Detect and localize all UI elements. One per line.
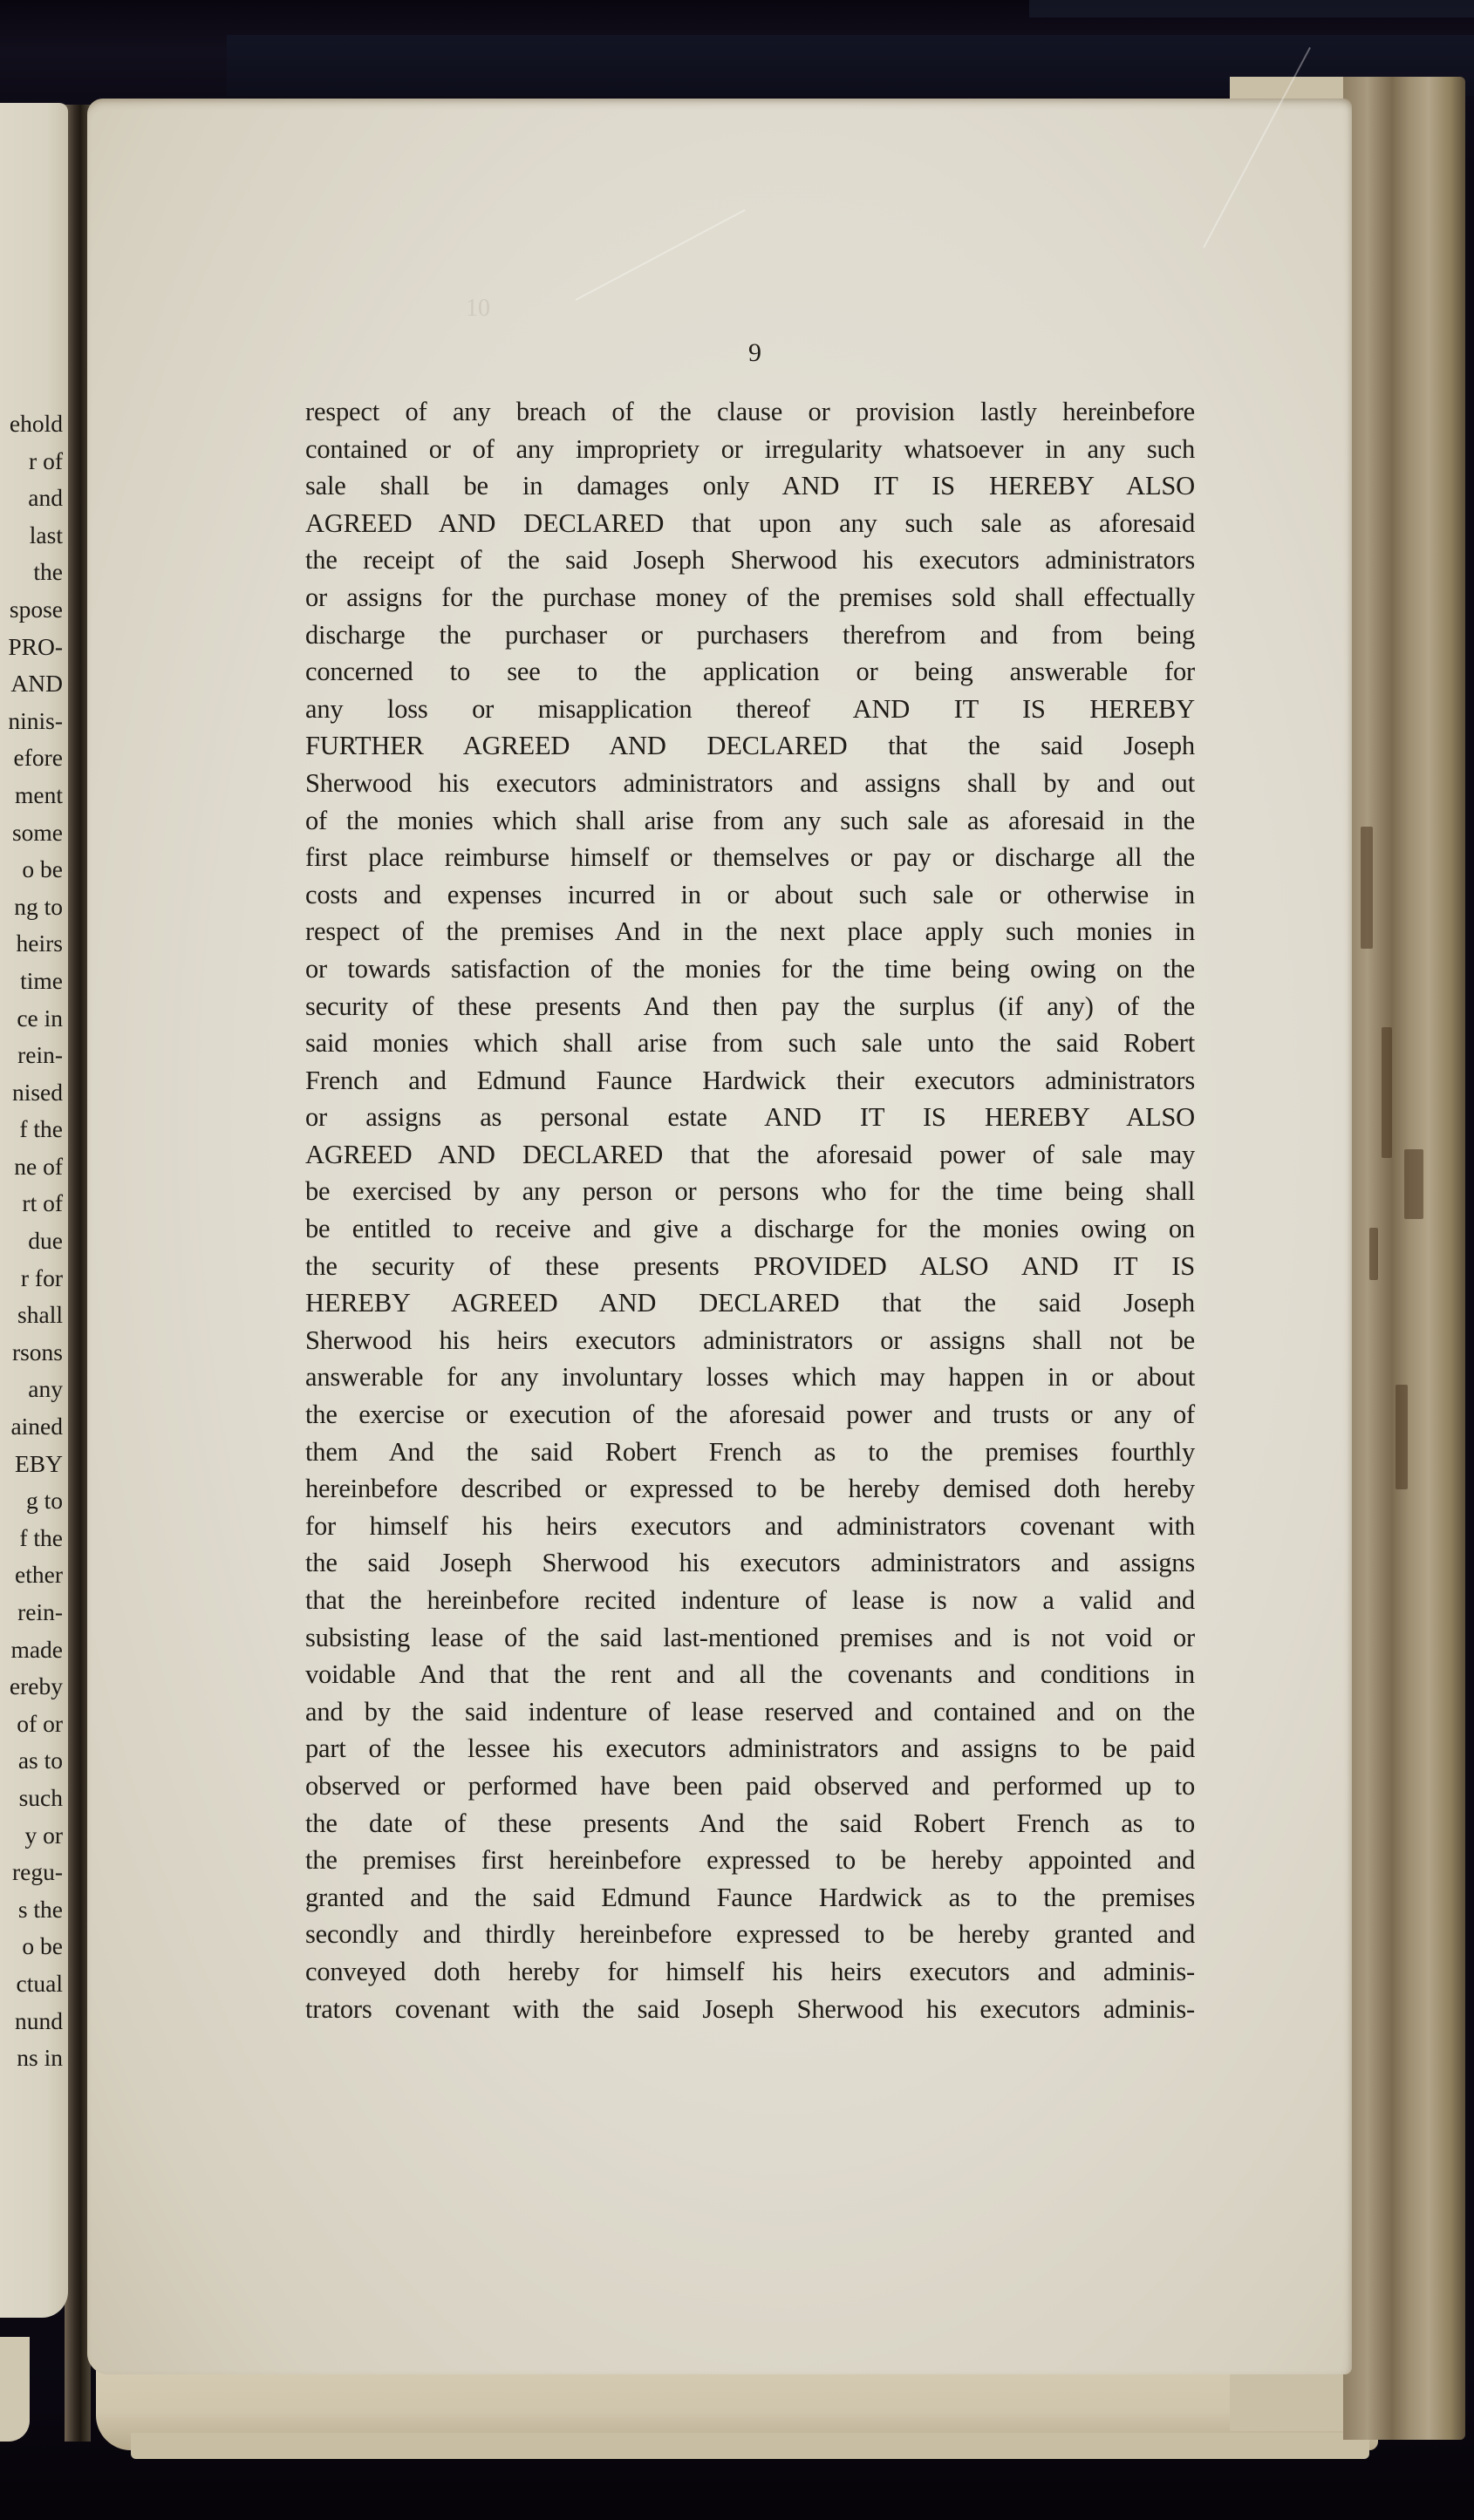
text-line: that the hereinbefore recited indenture … bbox=[305, 1582, 1195, 1619]
text-line: the said Joseph Sherwood his executors a… bbox=[305, 1544, 1195, 1582]
page-block-bottom-edge-lower bbox=[131, 2433, 1369, 2459]
left-line: r for bbox=[0, 1260, 63, 1297]
text-line: the premises first hereinbefore expresse… bbox=[305, 1842, 1195, 1879]
left-line: some bbox=[0, 814, 63, 852]
text-line: part of the lessee his executors adminis… bbox=[305, 1730, 1195, 1767]
text-line: the exercise or execution of the aforesa… bbox=[305, 1396, 1195, 1434]
left-line: EBY bbox=[0, 1446, 63, 1483]
left-line: f the bbox=[0, 1111, 63, 1148]
left-line: g to bbox=[0, 1482, 63, 1520]
left-line: time bbox=[0, 963, 63, 1000]
left-line: shall bbox=[0, 1297, 63, 1334]
left-line: ehold bbox=[0, 405, 63, 443]
left-line: s the bbox=[0, 1891, 63, 1929]
left-line: ns in bbox=[0, 2040, 63, 2077]
left-line: ctual bbox=[0, 1965, 63, 2003]
text-line: security of these presents And then pay … bbox=[305, 988, 1195, 1025]
body-text: respect of any breach of the clause or p… bbox=[305, 393, 1195, 2027]
text-line: respect of any breach of the clause or p… bbox=[305, 393, 1195, 431]
text-line: observed or performed have been paid obs… bbox=[305, 1767, 1195, 1805]
text-line: sale shall be in damages only AND IT IS … bbox=[305, 467, 1195, 505]
left-line: ng to bbox=[0, 889, 63, 926]
left-line: spose bbox=[0, 591, 63, 629]
text-line: voidable And that the rent and all the c… bbox=[305, 1656, 1195, 1693]
show-through-page-number: 10 bbox=[466, 295, 490, 323]
text-line: any loss or misapplication thereof AND I… bbox=[305, 691, 1195, 728]
left-line: ether bbox=[0, 1556, 63, 1594]
left-line: nised bbox=[0, 1074, 63, 1112]
left-line: nund bbox=[0, 2003, 63, 2040]
text-line: and by the said indenture of lease reser… bbox=[305, 1693, 1195, 1731]
page-number: 9 bbox=[748, 338, 761, 368]
text-line: first place reimburse himself or themsel… bbox=[305, 839, 1195, 876]
left-line: y or bbox=[0, 1817, 63, 1855]
text-line: said monies which shall arise from such … bbox=[305, 1025, 1195, 1062]
left-page-fragment: ehold r of and last the spose PRO- AND n… bbox=[0, 103, 68, 2318]
left-line: and bbox=[0, 480, 63, 517]
text-line: for himself his heirs executors and admi… bbox=[305, 1508, 1195, 1545]
text-line: trators covenant with the said Joseph Sh… bbox=[305, 1991, 1195, 2028]
page-block-right-edge bbox=[1343, 77, 1465, 2440]
text-line: hereinbefore described or expressed to b… bbox=[305, 1470, 1195, 1508]
left-line: rein- bbox=[0, 1037, 63, 1074]
text-line: or assigns for the purchase money of the… bbox=[305, 579, 1195, 616]
left-line: of or bbox=[0, 1706, 63, 1743]
text-line: Sherwood his executors administrators an… bbox=[305, 765, 1195, 802]
text-line: the date of these presents And the said … bbox=[305, 1805, 1195, 1842]
foxing-stain bbox=[1382, 1027, 1392, 1158]
left-line: the bbox=[0, 554, 63, 591]
text-line: secondly and thirdly hereinbefore expres… bbox=[305, 1916, 1195, 1953]
foxing-stain bbox=[1396, 1385, 1408, 1489]
text-line: respect of the premises And in the next … bbox=[305, 913, 1195, 950]
text-line: AGREED AND DECLARED that the aforesaid p… bbox=[305, 1136, 1195, 1174]
foxing-stain bbox=[1404, 1149, 1423, 1219]
text-line: French and Edmund Faunce Hardwick their … bbox=[305, 1062, 1195, 1100]
text-line: AGREED AND DECLARED that upon any such s… bbox=[305, 505, 1195, 542]
left-line: last bbox=[0, 517, 63, 555]
left-line: heirs bbox=[0, 925, 63, 963]
left-line: ment bbox=[0, 777, 63, 814]
left-line: o be bbox=[0, 851, 63, 889]
left-line: efore bbox=[0, 739, 63, 777]
text-line: discharge the purchaser or purchasers th… bbox=[305, 616, 1195, 654]
left-page-lower-edge bbox=[0, 2337, 30, 2442]
text-line: concerned to see to the application or b… bbox=[305, 653, 1195, 691]
text-line: be exercised by any person or persons wh… bbox=[305, 1173, 1195, 1210]
left-line: AND bbox=[0, 665, 63, 703]
text-line: or assigns as personal estate AND IT IS … bbox=[305, 1099, 1195, 1136]
text-line: FURTHER AGREED AND DECLARED that the sai… bbox=[305, 727, 1195, 765]
left-line: o be bbox=[0, 1928, 63, 1965]
left-line: rsons bbox=[0, 1334, 63, 1372]
text-line: the receipt of the said Joseph Sherwood … bbox=[305, 541, 1195, 579]
left-line: ained bbox=[0, 1408, 63, 1446]
text-line: Sherwood his heirs executors administrat… bbox=[305, 1322, 1195, 1359]
text-line: HEREBY AGREED AND DECLARED that the said… bbox=[305, 1284, 1195, 1322]
text-line: costs and expenses incurred in or about … bbox=[305, 876, 1195, 914]
text-line: the security of these presents PROVIDED … bbox=[305, 1248, 1195, 1285]
paper-crease bbox=[576, 209, 746, 301]
foxing-stain bbox=[1361, 827, 1373, 949]
foxing-stain bbox=[1369, 1228, 1378, 1280]
left-line: ce in bbox=[0, 1000, 63, 1038]
left-line: f the bbox=[0, 1520, 63, 1557]
left-line: ne of bbox=[0, 1148, 63, 1186]
cover-cloth-corner bbox=[1029, 0, 1474, 17]
text-line: granted and the said Edmund Faunce Hardw… bbox=[305, 1879, 1195, 1917]
text-line: them And the said Robert French as to th… bbox=[305, 1434, 1195, 1471]
left-line: ereby bbox=[0, 1668, 63, 1706]
text-line: subsisting lease of the said last-mentio… bbox=[305, 1619, 1195, 1657]
text-line: or towards satisfaction of the monies fo… bbox=[305, 950, 1195, 988]
text-line: contained or of any impropriety or irreg… bbox=[305, 431, 1195, 468]
left-line: r of bbox=[0, 443, 63, 480]
left-line: made bbox=[0, 1631, 63, 1669]
left-line: due bbox=[0, 1223, 63, 1260]
left-line: PRO- bbox=[0, 629, 63, 666]
left-line: rein- bbox=[0, 1594, 63, 1631]
left-line: ninis- bbox=[0, 703, 63, 740]
text-line: of the monies which shall arise from any… bbox=[305, 802, 1195, 840]
text-line: conveyed doth hereby for himself his hei… bbox=[305, 1953, 1195, 1991]
left-line: as to bbox=[0, 1742, 63, 1780]
left-line: regu- bbox=[0, 1854, 63, 1891]
text-line: be entitled to receive and give a discha… bbox=[305, 1210, 1195, 1248]
left-line: such bbox=[0, 1780, 63, 1817]
text-line: answerable for any involuntary losses wh… bbox=[305, 1359, 1195, 1396]
left-page-text: ehold r of and last the spose PRO- AND n… bbox=[0, 405, 63, 2077]
left-line: rt of bbox=[0, 1185, 63, 1223]
left-line: any bbox=[0, 1371, 63, 1408]
